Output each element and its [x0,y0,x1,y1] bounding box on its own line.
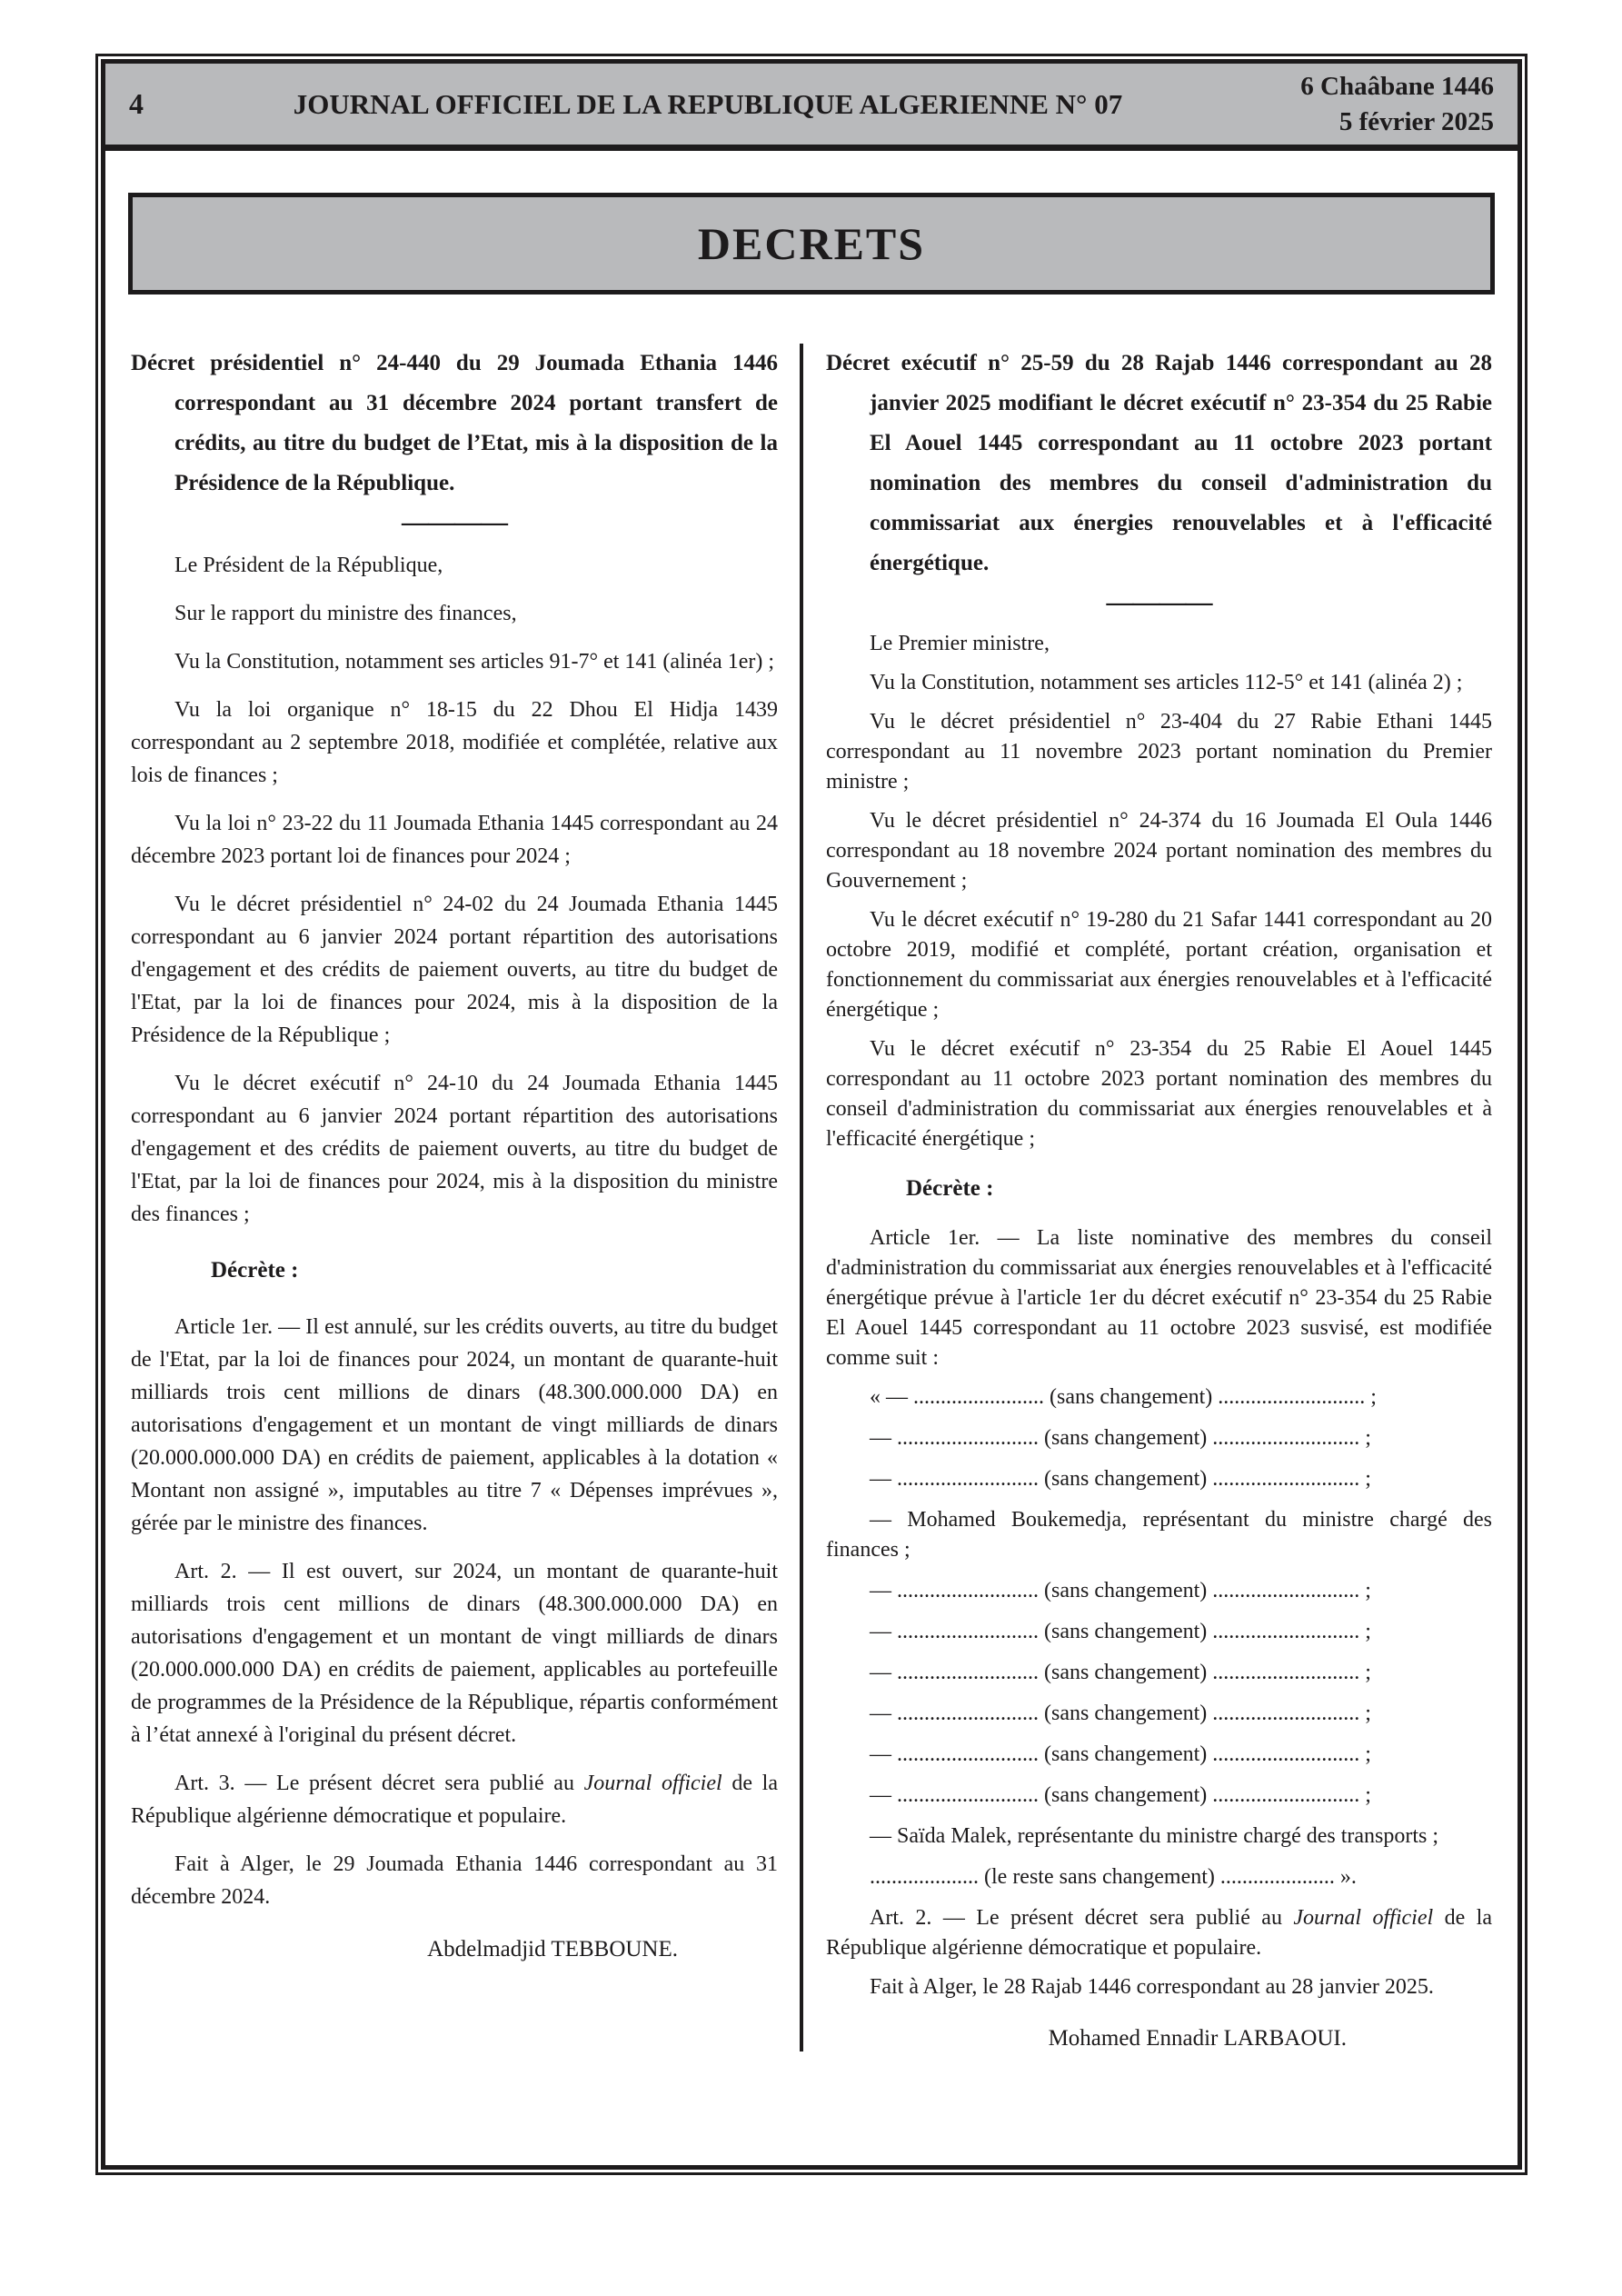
decree-title: Décret exécutif n° 25-59 du 28 Rajab 144… [826,344,1492,584]
article-1: Article 1er. — Il est annulé, sur les cr… [131,1311,778,1540]
paragraph: Sur le rapport du ministre des finances, [131,597,778,630]
list-item: — .......................... (sans chang… [826,1617,1492,1647]
list-item: — .......................... (sans chang… [826,1576,1492,1606]
paragraph: Vu le décret exécutif n° 19-280 du 21 Sa… [826,905,1492,1025]
page-header: 4 JOURNAL OFFICIEL DE LA REPUBLIQUE ALGE… [105,64,1518,151]
paragraph: Le Président de la République, [131,549,778,582]
column-divider [800,344,803,2051]
decrets-banner: DECRETS [128,193,1495,294]
closing-statement: Fait à Alger, le 29 Joumada Ethania 1446… [131,1848,778,1913]
list-item: — .......................... (sans chang… [826,1464,1492,1494]
article-2: Art. 2. — Il est ouvert, sur 2024, un mo… [131,1555,778,1752]
decree-title: Décret présidentiel n° 24-440 du 29 Joum… [131,344,778,504]
paragraph: Vu le décret présidentiel n° 24-374 du 1… [826,806,1492,896]
signature: Abdelmadjid TEBBOUNE. [131,1937,778,1962]
list-item: — .......................... (sans chang… [826,1699,1492,1729]
right-column-decree: Décret exécutif n° 25-59 du 28 Rajab 144… [826,344,1492,2051]
two-column-layout: Décret présidentiel n° 24-440 du 29 Joum… [105,344,1518,2051]
issue-dates: 6 Chaâbane 1446 5 février 2025 [1221,69,1494,140]
left-column-decree: Décret présidentiel n° 24-440 du 29 Joum… [131,344,778,2051]
paragraph: Vu le décret exécutif n° 23-354 du 25 Ra… [826,1034,1492,1154]
page-number: 4 [129,87,194,121]
signature: Mohamed Ennadir LARBAOUI. [826,2026,1492,2051]
decrets-banner-label: DECRETS [698,217,925,270]
list-item: — .......................... (sans chang… [826,1658,1492,1688]
date-gregorian: 5 février 2025 [1221,105,1494,140]
section-separator: ———— [826,587,1492,618]
paragraph: Le Premier ministre, [826,629,1492,659]
section-separator: ———— [131,507,778,538]
list-item: — .......................... (sans chang… [826,1740,1492,1770]
article-3: Art. 3. — Le présent décret sera publié … [131,1767,778,1832]
list-item: — .......................... (sans chang… [826,1781,1492,1811]
article-3-text: Art. 3. — Le présent décret sera publié … [174,1772,584,1795]
date-hijri: 6 Chaâbane 1446 [1221,69,1494,105]
list-item: — .......................... (sans chang… [826,1423,1492,1453]
article-2: Art. 2. — Le présent décret sera publié … [826,1903,1492,1963]
journal-title: JOURNAL OFFICIEL DE LA REPUBLIQUE ALGERI… [194,88,1221,121]
paragraph: Vu le décret présidentiel n° 23-404 du 2… [826,707,1492,797]
journal-officiel-italic: Journal officiel [584,1772,722,1795]
decree-word: Décrète : [211,1258,778,1283]
article-1: Article 1er. — La liste nominative des m… [826,1223,1492,1373]
page-frame: 4 JOURNAL OFFICIEL DE LA REPUBLIQUE ALGE… [95,54,1527,2175]
journal-officiel-italic: Journal officiel [1293,1906,1433,1930]
page-content: DECRETS Décret présidentiel n° 24-440 du… [105,151,1518,2165]
page-frame-inner: 4 JOURNAL OFFICIEL DE LA REPUBLIQUE ALGE… [101,59,1522,2170]
paragraph: Vu la Constitution, notamment ses articl… [131,645,778,678]
paragraph: Vu le décret présidentiel n° 24-02 du 24… [131,888,778,1052]
paragraph: Vu le décret exécutif n° 24-10 du 24 Jou… [131,1067,778,1231]
list-item: — Mohamed Boukemedja, représentant du mi… [826,1505,1492,1565]
paragraph: Vu la loi n° 23-22 du 11 Joumada Ethania… [131,807,778,873]
list-item: .................... (le reste sans chan… [826,1862,1492,1892]
decree-word: Décrète : [906,1176,1492,1202]
paragraph: Vu la Constitution, notamment ses articl… [826,668,1492,698]
list-item: « — ........................ (sans chang… [826,1383,1492,1413]
closing-statement: Fait à Alger, le 28 Rajab 1446 correspon… [826,1972,1492,2002]
list-item: — Saïda Malek, représentante du ministre… [826,1822,1492,1852]
article-2-text: Art. 2. — Le présent décret sera publié … [870,1906,1293,1930]
paragraph: Vu la loi organique n° 18-15 du 22 Dhou … [131,694,778,792]
